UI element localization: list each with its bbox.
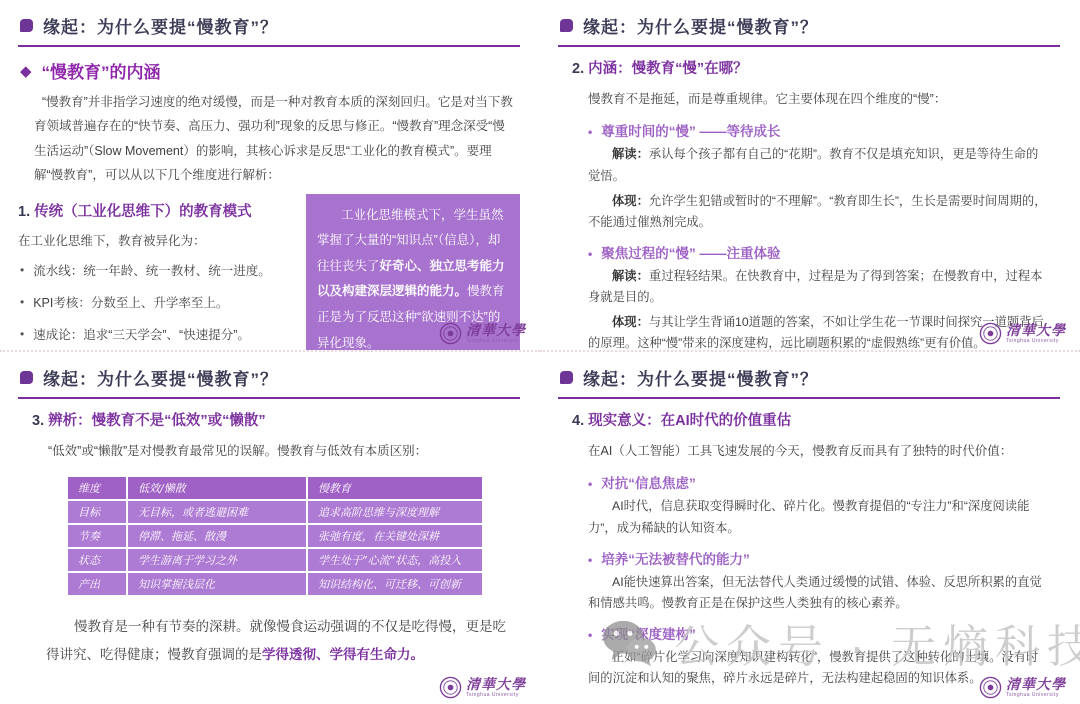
table-row: 节奏 停滞、拖延、散漫 张弛有度，在关键处深耕 xyxy=(67,524,483,548)
header-square-icon xyxy=(20,371,33,384)
slide-title: 缘起：为什么要提“慢教育”？ xyxy=(583,365,818,390)
point-detail: 解读：承认每个孩子都有自己的“花期”。教育不仅是填充知识，更是等待生命的觉悟。 xyxy=(588,144,1050,186)
point-title: • 对抗“信息焦虑” xyxy=(588,472,1060,492)
table-header-row: 维度 低效/懒散 慢教育 xyxy=(67,476,483,500)
list-item: • 流水线：统一年龄、统一教材、统一进度。 xyxy=(20,261,296,281)
list-item-text: KPI考核：分数至上、升学率至上。 xyxy=(33,293,228,313)
point-title-text: 培养“无法被替代的能力” xyxy=(601,548,750,568)
tsinghua-logo-en: Tsinghua University xyxy=(1006,693,1066,698)
slide-title: 缘起：为什么要提“慢教育”？ xyxy=(583,13,818,38)
subsection-number: 3. xyxy=(32,413,44,429)
table-row: 产出 知识掌握浅层化 知识结构化、可迁移、可创新 xyxy=(67,572,483,596)
tsinghua-logo-en: Tsinghua University xyxy=(1006,339,1066,344)
detail-text: 重过程轻结果。在快教育中，过程是为了得到答案；在慢教育中，过程本身就是目的。 xyxy=(588,269,1042,304)
header-rule xyxy=(18,397,520,399)
diamond-icon: ◆ xyxy=(20,62,32,80)
point-title: • 培养“无法被替代的能力” xyxy=(588,548,1060,568)
detail-label: 解读： xyxy=(612,147,649,161)
tsinghua-logo: 清華大學 Tsinghua University xyxy=(439,322,526,345)
tsinghua-logo-text: 清華大學 Tsinghua University xyxy=(1006,324,1066,344)
table-header-cell: 慢教育 xyxy=(307,476,483,500)
tsinghua-logo-text: 清華大學 Tsinghua University xyxy=(466,678,526,698)
tsinghua-logo-en: Tsinghua University xyxy=(466,339,526,344)
section-title: “慢教育”的内涵 xyxy=(42,58,161,83)
subsection-heading: 4.现实意义：在AI时代的价值重估 xyxy=(572,409,1060,430)
bullet-icon: • xyxy=(588,247,592,261)
slide-1: 缘起：为什么要提“慢教育”？ ◆ “慢教育”的内涵 “慢教育”并非指学习速度的绝… xyxy=(0,0,540,352)
detail-text: 与其让学生背诵10道题的答案，不如让学生花一节课时间探究一道题背后的原理。这种“… xyxy=(588,315,1044,350)
table-cell: 追求高阶思维与深度理解 xyxy=(307,500,483,524)
subsection-title: 现实意义：在AI时代的价值重估 xyxy=(588,413,791,429)
point-detail: 解读：重过程轻结果。在快教育中，过程是为了得到答案；在慢教育中，过程本身就是目的… xyxy=(588,266,1050,308)
table-header-cell: 维度 xyxy=(67,476,127,500)
slide-2-header: 缘起：为什么要提“慢教育”？ xyxy=(560,13,1060,38)
slide-1-header: 缘起：为什么要提“慢教育”？ xyxy=(20,13,520,38)
slide-title: 缘起：为什么要提“慢教育”？ xyxy=(43,365,278,390)
tsinghua-seal-icon xyxy=(439,322,462,345)
slide-4: 缘起：为什么要提“慢教育”？ 4.现实意义：在AI时代的价值重估 在AI（人工智… xyxy=(540,352,1080,704)
table-cell: 知识掌握浅层化 xyxy=(127,572,307,596)
table-cell: 状态 xyxy=(67,548,127,572)
tsinghua-seal-icon xyxy=(979,676,1002,699)
subsection-heading: 1.传统（工业化思维下）的教育模式 xyxy=(18,200,296,221)
intro-paragraph: 在AI（人工智能）工具飞速发展的今天，慢教育反而具有了独特的时代价值： xyxy=(588,439,1054,463)
table-row: 目标 无目标，或者逃避困难 追求高阶思维与深度理解 xyxy=(67,500,483,524)
intro-paragraph: 慢教育不是拖延，而是尊重规律。它主要体现在四个维度的“慢”： xyxy=(588,87,1054,111)
bullet-icon: • xyxy=(20,293,24,313)
subsection-heading: 3.辨析：慢教育不是“低效”或“懒散” xyxy=(32,409,520,430)
slide-4-header: 缘起：为什么要提“慢教育”？ xyxy=(560,365,1060,390)
subsection-number: 4. xyxy=(572,413,584,429)
point-title-text: 尊重时间的“慢” ——等待成长 xyxy=(601,120,780,140)
table-row: 状态 学生游离于学习之外 学生处于“心流”状态，高投入 xyxy=(67,548,483,572)
tsinghua-logo-text: 清華大學 Tsinghua University xyxy=(1006,678,1066,698)
table-cell: 节奏 xyxy=(67,524,127,548)
table-cell: 目标 xyxy=(67,500,127,524)
slide-grid: 缘起：为什么要提“慢教育”？ ◆ “慢教育”的内涵 “慢教育”并非指学习速度的绝… xyxy=(0,0,1080,704)
point-title-text: 聚焦过程的“慢” ——注重体验 xyxy=(601,242,780,262)
point-detail: AI时代，信息获取变得瞬时化、碎片化。慢教育提倡的“专注力”和“深度阅读能力”，… xyxy=(588,496,1050,538)
header-rule xyxy=(558,45,1060,47)
lead-line: 在工业化思维下，教育被异化为： xyxy=(18,231,296,249)
header-square-icon xyxy=(20,19,33,32)
point-title: • 聚焦过程的“慢” ——注重体验 xyxy=(588,242,1060,262)
header-square-icon xyxy=(560,19,573,32)
detail-label: 体现： xyxy=(612,194,649,208)
subsection-heading: 2.内涵：慢教育“慢”在哪？ xyxy=(572,57,1060,78)
slide-2: 缘起：为什么要提“慢教育”？ 2.内涵：慢教育“慢”在哪？ 慢教育不是拖延，而是… xyxy=(540,0,1080,352)
tsinghua-logo: 清華大學 Tsinghua University xyxy=(979,676,1066,699)
tsinghua-seal-icon xyxy=(979,322,1002,345)
tsinghua-logo-en: Tsinghua University xyxy=(466,693,526,698)
table-cell: 知识结构化、可迁移、可创新 xyxy=(307,572,483,596)
tsinghua-logo: 清華大學 Tsinghua University xyxy=(439,676,526,699)
intro-paragraph: “低效”或“懒散”是对慢教育最常见的误解。慢教育与低效有本质区别： xyxy=(48,439,514,463)
point-title: • 尊重时间的“慢” ——等待成长 xyxy=(588,120,1060,140)
bullet-icon: • xyxy=(588,477,592,491)
subsection-number: 2. xyxy=(572,61,584,77)
list-item-text: 流水线：统一年龄、统一教材、统一进度。 xyxy=(33,261,271,281)
table-cell: 无目标，或者逃避困难 xyxy=(127,500,307,524)
tsinghua-logo-text: 清華大學 Tsinghua University xyxy=(466,324,526,344)
closing-paragraph: 慢教育是一种有节奏的深耕。就像慢食运动强调的不仅是吃得慢，更是吃得讲究、吃得健康… xyxy=(46,613,506,668)
tsinghua-seal-icon xyxy=(439,676,462,699)
point-title-text: 对抗“信息焦虑” xyxy=(601,472,696,492)
subsection-number: 1. xyxy=(18,204,30,220)
list-item: • 速成论：追求“三天学会”、“快速提分”。 xyxy=(20,325,296,345)
header-rule xyxy=(18,45,520,47)
subsection-title: 辨析：慢教育不是“低效”或“懒散” xyxy=(48,413,266,429)
list-item: • KPI考核：分数至上、升学率至上。 xyxy=(20,293,296,313)
table-cell: 张弛有度，在关键处深耕 xyxy=(307,524,483,548)
detail-label: 解读： xyxy=(612,269,649,283)
slide-title: 缘起：为什么要提“慢教育”？ xyxy=(43,13,278,38)
tsinghua-logo: 清華大學 Tsinghua University xyxy=(979,322,1066,345)
bullet-icon: • xyxy=(588,553,592,567)
bullet-icon: • xyxy=(588,628,592,642)
header-square-icon xyxy=(560,371,573,384)
slide-3: 缘起：为什么要提“慢教育”？ 3.辨析：慢教育不是“低效”或“懒散” “低效”或… xyxy=(0,352,540,704)
tsinghua-logo-cn: 清華大學 xyxy=(1006,324,1066,338)
slide-3-header: 缘起：为什么要提“慢教育”？ xyxy=(20,365,520,390)
comparison-table: 维度 低效/懒散 慢教育 目标 无目标，或者逃避困难 追求高阶思维与深度理解 节… xyxy=(66,475,484,597)
table-cell: 停滞、拖延、散漫 xyxy=(127,524,307,548)
point-title-text: 实现“深度建构” xyxy=(601,623,696,643)
detail-label: 体现： xyxy=(612,315,649,329)
section-title-row: ◆ “慢教育”的内涵 xyxy=(20,58,520,83)
subsection-title: 内涵：慢教育“慢”在哪？ xyxy=(588,61,748,77)
intro-paragraph: “慢教育”并非指学习速度的绝对缓慢，而是一种对教育本质的深刻回归。它是对当下教育… xyxy=(34,90,514,188)
table-cell: 学生游离于学习之外 xyxy=(127,548,307,572)
bullet-icon: • xyxy=(588,125,592,139)
detail-text: 承认每个孩子都有自己的“花期”。教育不仅是填充知识，更是等待生命的觉悟。 xyxy=(588,147,1038,182)
slide-1-left-column: 1.传统（工业化思维下）的教育模式 在工业化思维下，教育被异化为： • 流水线：… xyxy=(18,190,296,353)
list-item-text: 速成论：追求“三天学会”、“快速提分”。 xyxy=(33,325,250,345)
detail-text: 允许学生犯错或暂时的“不理解”。“教育即生长”，生长是需要时间周期的，不能通过催… xyxy=(588,194,1047,229)
tsinghua-logo-cn: 清華大學 xyxy=(466,324,526,338)
table-header-cell: 低效/懒散 xyxy=(127,476,307,500)
table-cell: 产出 xyxy=(67,572,127,596)
bullet-icon: • xyxy=(20,261,24,281)
tsinghua-logo-cn: 清華大學 xyxy=(466,678,526,692)
point-detail: 体现：允许学生犯错或暂时的“不理解”。“教育即生长”，生长是需要时间周期的，不能… xyxy=(588,191,1050,233)
bullet-icon: • xyxy=(20,325,24,345)
point-detail: AI能快速算出答案，但无法替代人类通过缓慢的试错、体验、反思所积累的直觉和情感共… xyxy=(588,572,1050,614)
table-cell: 学生处于“心流”状态，高投入 xyxy=(307,548,483,572)
subsection-title: 传统（工业化思维下）的教育模式 xyxy=(34,204,252,220)
tsinghua-logo-cn: 清華大學 xyxy=(1006,678,1066,692)
closing-bold-text: 学得透彻、学得有生命力。 xyxy=(262,647,424,662)
point-title: • 实现“深度建构” xyxy=(588,623,1060,643)
header-rule xyxy=(558,397,1060,399)
